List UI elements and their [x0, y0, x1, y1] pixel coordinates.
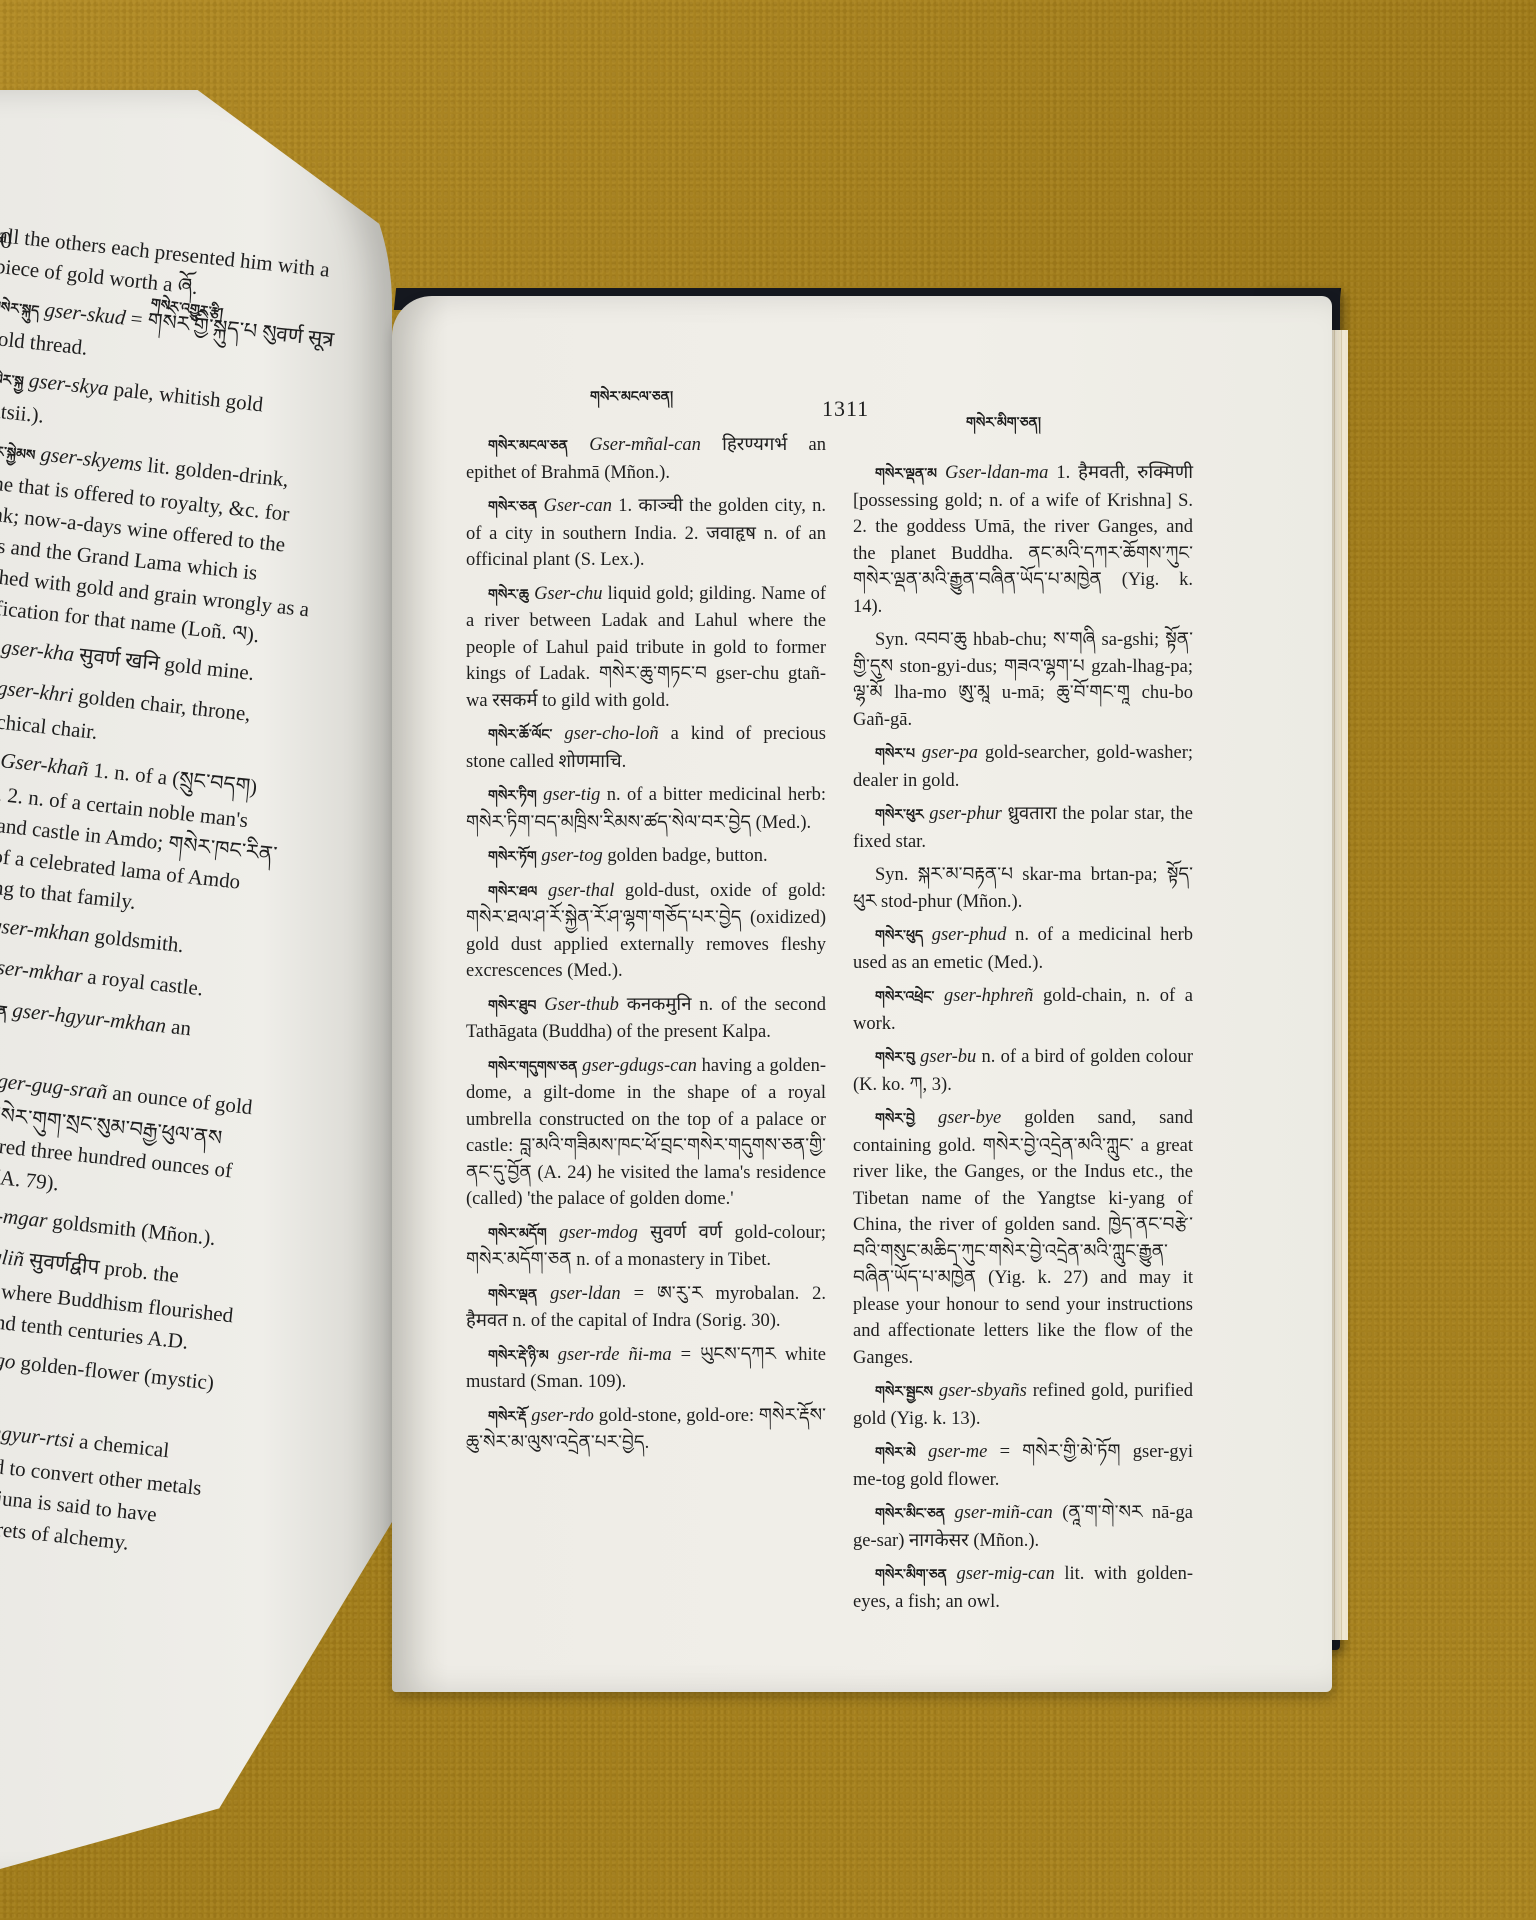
- definition-text: golden sand, sand containing gold. གསེར་…: [853, 1108, 1193, 1368]
- headword-transliteration: gser-bye: [938, 1108, 1001, 1128]
- headword-transliteration: Gser-ldan-ma: [945, 463, 1048, 483]
- dictionary-entry: Syn. འབབ་ཆུ hbab-chu; ས་གཞི sa-gshi; སྟོ…: [853, 627, 1193, 733]
- headword-tibetan: གསེར་ཐལ: [488, 884, 537, 900]
- headword-tibetan: གསེར་བྱེ: [875, 1111, 915, 1127]
- headword-transliteration: gser-mkhan: [0, 913, 91, 947]
- definition-text: golden-flower (mystic) (Ziñ-rda.).: [0, 1350, 215, 1402]
- dictionary-entry: གསེར་པ gser-pa gold-searcher, gold-washe…: [853, 740, 1193, 794]
- headword-transliteration: gser-mkhar: [0, 954, 84, 988]
- headword-transliteration: gser-gliñ: [0, 1239, 25, 1271]
- headword-transliteration: gser-mgo: [0, 1342, 17, 1374]
- headword-tibetan: གསེར་འགྱུར་མཁན: [0, 995, 8, 1020]
- headword-transliteration: gser-khri: [0, 675, 75, 707]
- headword-tibetan: གསེར་ཏོག: [488, 849, 537, 865]
- dictionary-entry: གསེར་བྱེ gser-bye golden sand, sand cont…: [853, 1105, 1193, 1371]
- headword-transliteration: gser-tog: [541, 846, 602, 866]
- definition-text: lit. golden-drink, wine that is offered …: [0, 453, 310, 647]
- dictionary-entry: གསེར་མངལ་ཅན Gser-mñal-can हिरण्यगर्भ an …: [466, 432, 826, 486]
- definition-text: Syn. སྐར་མ་བརྟན་པ skar-ma brtan-pa; སྟོད…: [853, 865, 1193, 912]
- column-left: གསེར་མངལ་ཅན Gser-mñal-can हिरण्यगर्भ an …: [466, 432, 826, 1464]
- headword-transliteration: gser-me: [928, 1442, 987, 1462]
- running-head-left: གསེར་མངལ་ཅན།: [590, 380, 673, 420]
- headword-tibetan: གསེར་བུ: [875, 1050, 915, 1066]
- headword-tibetan: གསེར་འཕྲེང་: [875, 989, 934, 1005]
- definition-text: an ounce of gold of Gugé: གསེར་གུག་སྲང་ས…: [0, 1081, 254, 1196]
- headword-tibetan: གསེར་རྡེ་ཉི་མ: [488, 1348, 549, 1364]
- headword-transliteration: gser-rde ñi-ma: [558, 1345, 672, 1365]
- dictionary-entry: གསེར་སྐྱེམས gser-skyems lit. golden-drin…: [0, 432, 326, 657]
- dictionary-entry: གསེར་ཕུད gser-phud n. of a medicinal her…: [853, 922, 1193, 976]
- dictionary-entry: གསེར་ཕུར gser-phur ध्रुवतारा the polar s…: [853, 801, 1193, 855]
- headword-transliteration: gser-ldan: [550, 1284, 621, 1304]
- headword-transliteration: Gser-mñal-can: [589, 435, 701, 455]
- headword-tibetan: གསེར་མེ: [875, 1445, 916, 1461]
- headword-tibetan: གསེར་ཏིག: [488, 788, 537, 804]
- headword-transliteration: gser-pa: [922, 743, 978, 763]
- dictionary-entry: གསེར་ཏོག gser-tog golden badge, button.: [466, 843, 826, 871]
- dictionary-entry: གསེར་སྦྱངས gser-sbyañs refined gold, pur…: [853, 1378, 1193, 1432]
- definition-text: a royal castle.: [86, 964, 204, 1000]
- headword-tibetan: གསེར་ཕུད: [875, 928, 923, 944]
- definition-text: 1. हैमवती, रुक्मिणी [possessing gold; n.…: [853, 463, 1193, 617]
- headword-transliteration: gser-mdog: [559, 1223, 638, 1243]
- headword-transliteration: gser-phur: [929, 804, 1002, 824]
- headword-tibetan: གསེར་ཕུར: [875, 807, 924, 823]
- headword-transliteration: gser-phud: [932, 925, 1007, 945]
- dictionary-entry: གསེར་བུ gser-bu n. of a bird of golden c…: [853, 1044, 1193, 1098]
- definition-text: Syn. འབབ་ཆུ hbab-chu; ས་གཞི sa-gshi; སྟོ…: [853, 630, 1193, 730]
- headword-transliteration: gser-kha: [0, 635, 75, 667]
- dictionary-entry: གསེར་མིང་ཅན gser-miñ-can (ནཱ་ག་གེ་སར nā-…: [853, 1500, 1193, 1554]
- dictionary-entry: གསེར་ཐལ gser-thal gold-dust, oxide of go…: [466, 878, 826, 985]
- headword-transliteration: gser-bu: [920, 1047, 976, 1067]
- headword-tibetan: གསེར་མངལ་ཅན: [488, 438, 568, 454]
- dictionary-entry: གསེར་ལྡན་མ Gser-ldan-ma 1. हैमवती, रुक्म…: [853, 460, 1193, 620]
- headword-tibetan: གསེར་ལྡན་མ: [875, 466, 937, 482]
- definition-text: सुवर्ण खनि gold mine.: [78, 643, 255, 685]
- headword-transliteration: gser-skya: [28, 368, 110, 400]
- definition-text: सुवर्णद्वीप prob. the ancient Pegu where…: [0, 1248, 234, 1354]
- headword-transliteration: gser-rdo: [531, 1406, 594, 1426]
- headword-tibetan: གསེར་སྐྱེམས: [0, 442, 36, 464]
- headword-transliteration: Gser-thub: [544, 995, 619, 1015]
- headword-transliteration: gser-tig: [543, 785, 600, 805]
- headword-transliteration: Gser-chu: [534, 584, 602, 604]
- headword-transliteration: sger-gug-srañ: [0, 1068, 109, 1104]
- headword-tibetan: གསེར་སྦྱངས: [875, 1384, 933, 1400]
- definition-text: 1. n. of a (སྲུང་བདག) demon. 2. n. of a …: [0, 758, 278, 914]
- running-head-right: གསེར་མིག་ཅན།: [966, 406, 1041, 446]
- headword-transliteration: gser-thal: [548, 881, 614, 901]
- dictionary-entry: གསེར་ཆུ Gser-chu liquid gold; gilding. N…: [466, 581, 826, 715]
- headword-transliteration: gser-hgyur-rtsi: [0, 1415, 75, 1452]
- headword-tibetan: གསེར་ཆོ་ལོང་: [488, 727, 552, 743]
- dictionary-entry: གསེར་ལྡན gser-ldan = ཨ་རུ་ར myrobalan. 2…: [466, 1281, 826, 1335]
- definition-text: golden badge, button.: [607, 846, 767, 866]
- dictionary-entry: གསེར་ཆོ་ལོང་ gser-cho-loñ a kind of prec…: [466, 721, 826, 775]
- headword-tibetan: གསེར་ཐུབ: [488, 998, 536, 1014]
- headword-transliteration: gser-hphreñ: [944, 986, 1033, 1006]
- headword-tibetan: གསེར་མིག་ཅན: [875, 1567, 947, 1583]
- dictionary-entry: གསེར་ཐུབ Gser-thub कनकमुनि n. of the sec…: [466, 992, 826, 1046]
- headword-transliteration: gser-miñ-can: [955, 1503, 1053, 1523]
- dictionary-entry: གསེར་མིག་ཅན gser-mig-can lit. with golde…: [853, 1561, 1193, 1615]
- headword-tibetan: གསེར་མདོག: [488, 1226, 547, 1242]
- page-number: 1311: [822, 396, 869, 422]
- headword-tibetan: གསེར་སྐུད: [0, 299, 40, 320]
- dictionary-entry: གསེར་རྡོ gser-rdo gold-stone, gold-ore: …: [466, 1403, 826, 1457]
- dictionary-entry: གསེར་གདུགས་ཅན gser-gdugs-can having a go…: [466, 1053, 826, 1213]
- dictionary-entry: གསེར་རྡེ་ཉི་མ gser-rde ñi-ma = ཡུངས་དཀར …: [466, 1342, 826, 1396]
- dictionary-entry: གསེར་འཕྲེང་ gser-hphreñ gold-chain, n. o…: [853, 983, 1193, 1037]
- headword-transliteration: gser-mgar: [0, 1199, 49, 1232]
- headword-tibetan: གསེར་ཆུ: [488, 587, 529, 603]
- headword-transliteration: Gser-khañ: [0, 748, 90, 781]
- headword-transliteration: gser-hgyur-mkhan: [11, 998, 167, 1038]
- headword-transliteration: gser-skud: [43, 297, 126, 329]
- definition-text: goldsmith (Mñon.).: [51, 1209, 217, 1250]
- headword-tibetan: གསེར་གདུགས་ཅན: [488, 1059, 577, 1075]
- definition-text: having a golden-dome, a gilt-dome in the…: [466, 1056, 826, 1210]
- dictionary-entry: གསེར་མདོག gser-mdog सुवर्ण वर्ण gold-col…: [466, 1220, 826, 1274]
- dictionary-entry: གསེར་ཏིག gser-tig n. of a bitter medicin…: [466, 782, 826, 836]
- headword-transliteration: gser-mig-can: [956, 1564, 1054, 1584]
- dictionary-entry: གསེར་ཁང་ Gser-khañ 1. n. of a (སྲུང་བདག)…: [0, 739, 294, 933]
- headword-tibetan: གསེར་པ: [875, 746, 915, 762]
- headword-tibetan: གསེར་རྡོ: [488, 1409, 526, 1425]
- column-right: གསེར་ལྡན་མ Gser-ldan-ma 1. हैमवती, रुक्म…: [853, 460, 1193, 1622]
- headword-transliteration: gser-cho-loñ: [564, 724, 658, 744]
- headword-tibetan: གསེར་ལྡན: [488, 1287, 537, 1303]
- headword-tibetan: གསེར་མིང་ཅན: [875, 1506, 945, 1522]
- headword-transliteration: gser-skyems: [40, 442, 144, 477]
- dictionary-entry: གསེར་ཅན Gser-can 1. काञ्ची the golden ci…: [466, 493, 826, 574]
- headword-tibetan: གསེར་ཅན: [488, 499, 537, 515]
- definition-text: goldsmith.: [94, 924, 185, 957]
- headword-transliteration: Gser-can: [544, 496, 612, 516]
- dictionary-entry: Syn. སྐར་མ་བརྟན་པ skar-ma brtan-pa; སྟོད…: [853, 862, 1193, 915]
- dictionary-entry: གསེར་མེ gser-me = གསེར་གྱི་མེ་ཏོག gser-g…: [853, 1439, 1193, 1493]
- headword-transliteration: gser-gdugs-can: [582, 1056, 697, 1076]
- headword-transliteration: gser-sbyañs: [939, 1381, 1027, 1401]
- headword-tibetan: གསེར་སྐྱ: [0, 370, 24, 390]
